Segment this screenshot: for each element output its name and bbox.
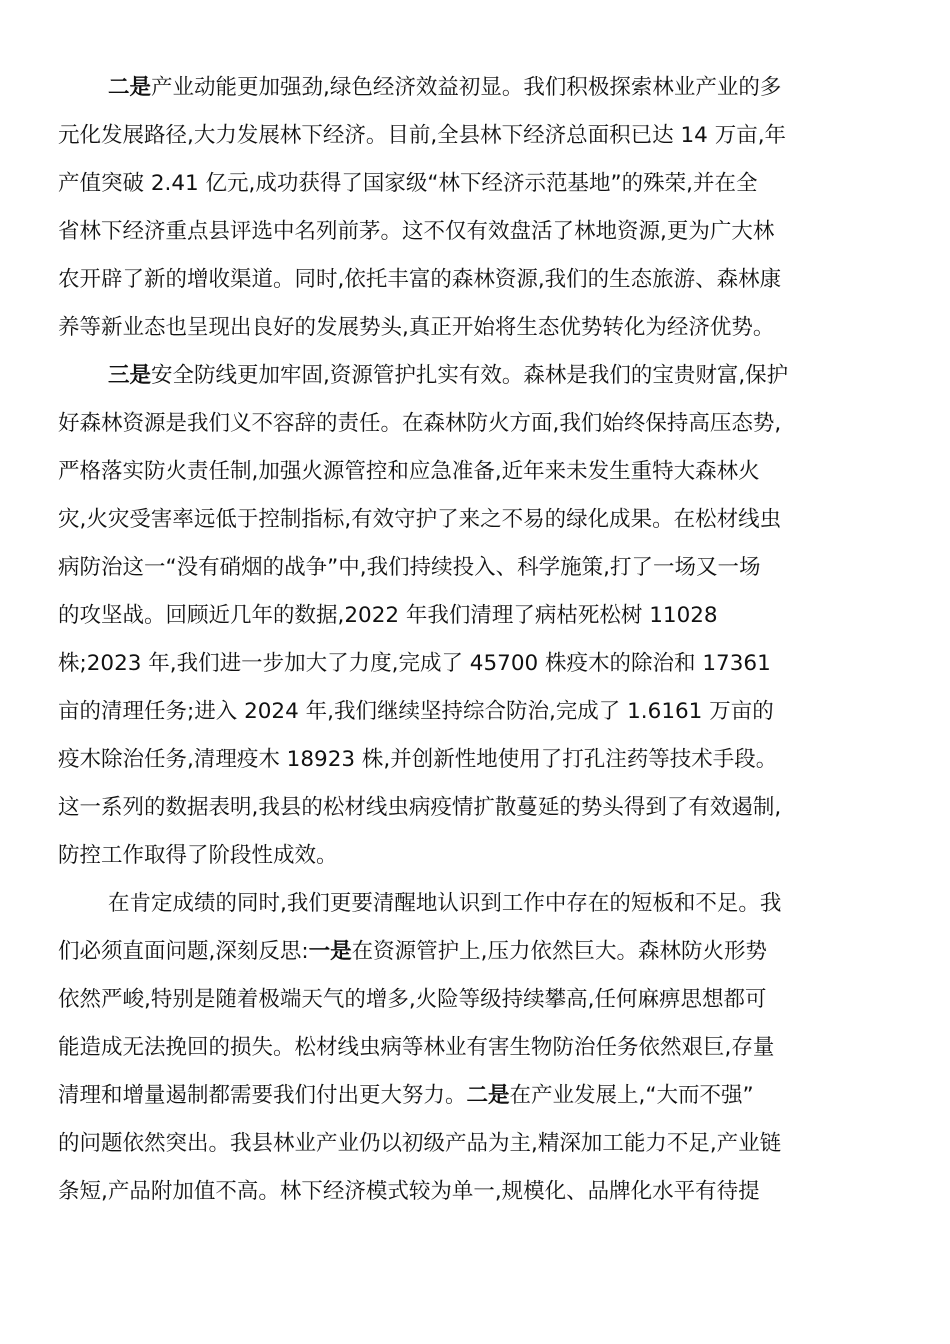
text-line: 的攻坚战。回顾近几年的数据,2022 年我们清理了病枯死松树 11028 <box>58 592 718 640</box>
text-line: 这一系列的数据表明,我县的松材线虫病疫情扩散蔓延的势头得到了有效遏制, <box>58 784 781 832</box>
text-line: 们必须直面问题,深刻反思:一是在资源管护上,压力依然巨大。森林防火形势 <box>58 928 767 976</box>
line-text: 农开辟了新的增收渠道。同时,依托丰富的森林资源,我们的生态旅游、森林康 <box>58 267 781 292</box>
line-text: 防控工作取得了阶段性成效。 <box>58 843 338 868</box>
line-text: 依然严峻,特别是随着极端天气的增多,火险等级持续攀高,任何麻痹思想都可 <box>58 987 767 1012</box>
text-line: 清理和增量遏制都需要我们付出更大努力。二是在产业发展上,“大而不强” <box>58 1072 754 1120</box>
text-line: 条短,产品附加值不高。林下经济模式较为单一,规模化、品牌化水平有待提 <box>58 1168 760 1216</box>
line-text: 好森林资源是我们义不容辞的责任。在森林防火方面,我们始终保持高压态势, <box>58 411 781 436</box>
line-text: 疫木除治任务,清理疫木 18923 株,并创新性地使用了打孔注药等技术手段。 <box>58 747 777 772</box>
bold-lead: 三是 <box>108 363 151 388</box>
text-line: 严格落实防火责任制,加强火源管控和应急准备,近年来未发生重特大森林火 <box>58 448 760 496</box>
text-line: 省林下经济重点县评选中名列前茅。这不仅有效盘活了林地资源,更为广大林 <box>58 208 774 256</box>
line-text: 病防治这一“没有硝烟的战争”中,我们持续投入、科学施策,打了一场又一场 <box>58 555 760 580</box>
bold-lead: 二是 <box>467 1083 510 1108</box>
text-line: 的问题依然突出。我县林业产业仍以初级产品为主,精深加工能力不足,产业链 <box>58 1120 781 1168</box>
text-line: 二是产业动能更加强劲,绿色经济效益初显。我们积极探索林业产业的多 <box>108 64 781 112</box>
line-text: 灾,火灾受害率远低于控制指标,有效守护了来之不易的绿化成果。在松材线虫 <box>58 507 781 532</box>
line-text: 们必须直面问题,深刻反思: <box>58 939 309 964</box>
text-line: 防控工作取得了阶段性成效。 <box>58 832 338 880</box>
text-line: 元化发展路径,大力发展林下经济。目前,全县林下经济总面积已达 14 万亩,年 <box>58 112 786 160</box>
line-text: 清理和增量遏制都需要我们付出更大努力。 <box>58 1083 467 1108</box>
line-text: 在产业发展上,“大而不强” <box>510 1083 754 1108</box>
text-line: 依然严峻,特别是随着极端天气的增多,火险等级持续攀高,任何麻痹思想都可 <box>58 976 767 1024</box>
text-line: 灾,火灾受害率远低于控制指标,有效守护了来之不易的绿化成果。在松材线虫 <box>58 496 781 544</box>
line-text: 安全防线更加牢固,资源管护扎实有效。森林是我们的宝贵财富,保护 <box>151 363 788 388</box>
line-text: 产业动能更加强劲,绿色经济效益初显。我们积极探索林业产业的多 <box>151 75 781 100</box>
line-text: 在肯定成绩的同时,我们更要清醒地认识到工作中存在的短板和不足。我 <box>108 891 781 916</box>
line-text: 亩的清理任务;进入 2024 年,我们继续坚持综合防治,完成了 1.6161 万… <box>58 699 774 724</box>
text-line: 能造成无法挽回的损失。松材线虫病等林业有害生物防治任务依然艰巨,存量 <box>58 1024 774 1072</box>
line-text: 株;2023 年,我们进一步加大了力度,完成了 45700 株疫木的除治和 17… <box>58 651 771 676</box>
line-text: 条短,产品附加值不高。林下经济模式较为单一,规模化、品牌化水平有待提 <box>58 1179 760 1204</box>
line-text: 养等新业态也呈现出良好的发展势头,真正开始将生态优势转化为经济优势。 <box>58 315 774 340</box>
line-text: 省林下经济重点县评选中名列前茅。这不仅有效盘活了林地资源,更为广大林 <box>58 219 774 244</box>
line-text: 的攻坚战。回顾近几年的数据,2022 年我们清理了病枯死松树 11028 <box>58 603 718 628</box>
text-line: 病防治这一“没有硝烟的战争”中,我们持续投入、科学施策,打了一场又一场 <box>58 544 760 592</box>
line-text: 能造成无法挽回的损失。松材线虫病等林业有害生物防治任务依然艰巨,存量 <box>58 1035 774 1060</box>
bold-lead: 一是 <box>309 939 352 964</box>
line-text: 在资源管护上,压力依然巨大。森林防火形势 <box>352 939 767 964</box>
bold-lead: 二是 <box>108 75 151 100</box>
text-line: 好森林资源是我们义不容辞的责任。在森林防火方面,我们始终保持高压态势, <box>58 400 781 448</box>
text-line: 养等新业态也呈现出良好的发展势头,真正开始将生态优势转化为经济优势。 <box>58 304 774 352</box>
text-line: 亩的清理任务;进入 2024 年,我们继续坚持综合防治,完成了 1.6161 万… <box>58 688 774 736</box>
line-text: 元化发展路径,大力发展林下经济。目前,全县林下经济总面积已达 14 万亩,年 <box>58 123 786 148</box>
line-text: 这一系列的数据表明,我县的松材线虫病疫情扩散蔓延的势头得到了有效遏制, <box>58 795 781 820</box>
text-line: 农开辟了新的增收渠道。同时,依托丰富的森林资源,我们的生态旅游、森林康 <box>58 256 781 304</box>
text-line: 疫木除治任务,清理疫木 18923 株,并创新性地使用了打孔注药等技术手段。 <box>58 736 777 784</box>
line-text: 严格落实防火责任制,加强火源管控和应急准备,近年来未发生重特大森林火 <box>58 459 760 484</box>
text-line: 产值突破 2.41 亿元,成功获得了国家级“林下经济示范基地”的殊荣,并在全 <box>58 160 758 208</box>
text-line: 株;2023 年,我们进一步加大了力度,完成了 45700 株疫木的除治和 17… <box>58 640 771 688</box>
line-text: 产值突破 2.41 亿元,成功获得了国家级“林下经济示范基地”的殊荣,并在全 <box>58 171 758 196</box>
text-line: 三是安全防线更加牢固,资源管护扎实有效。森林是我们的宝贵财富,保护 <box>108 352 788 400</box>
text-line: 在肯定成绩的同时,我们更要清醒地认识到工作中存在的短板和不足。我 <box>108 880 781 928</box>
line-text: 的问题依然突出。我县林业产业仍以初级产品为主,精深加工能力不足,产业链 <box>58 1131 781 1156</box>
document-page: 二是产业动能更加强劲,绿色经济效益初显。我们积极探索林业产业的多 元化发展路径,… <box>0 0 950 1344</box>
